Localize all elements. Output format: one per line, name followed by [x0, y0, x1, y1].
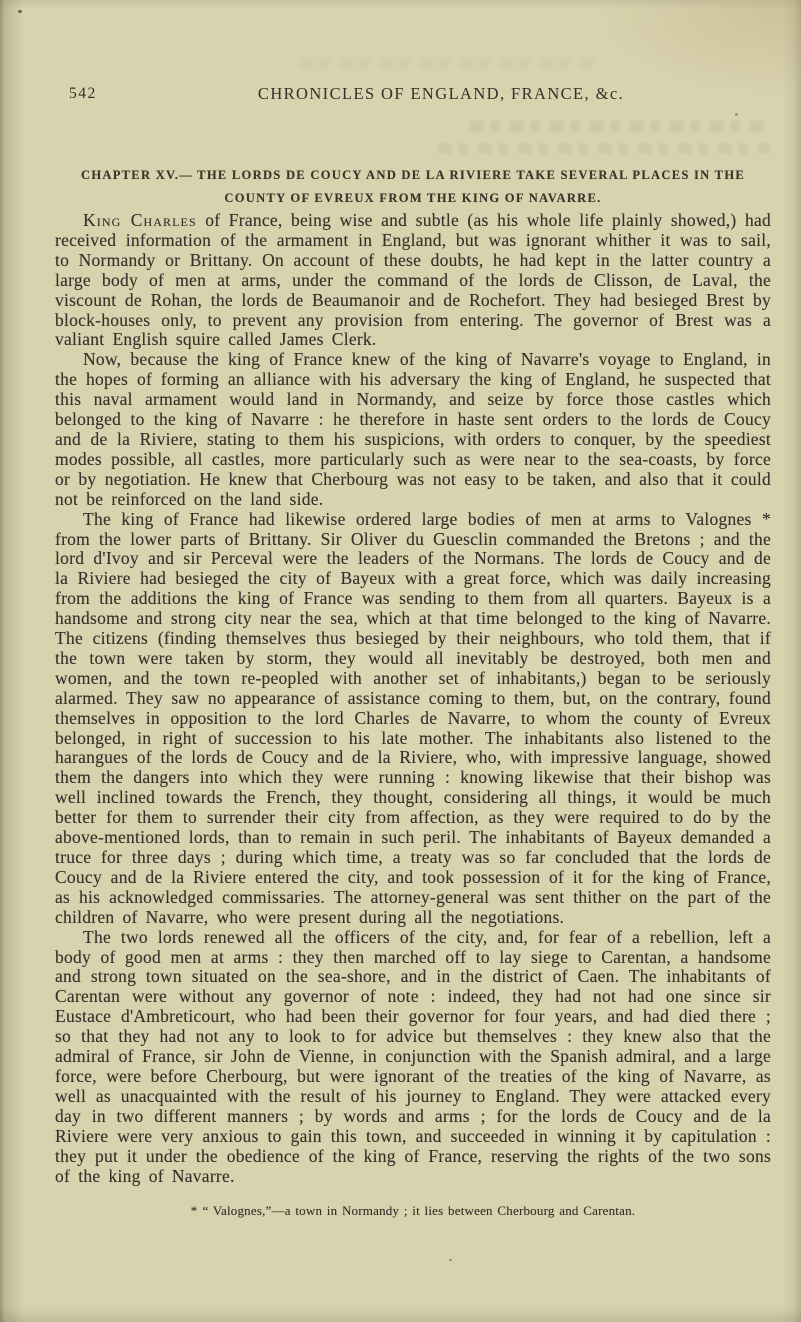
paragraph-1-lead: King Charles [83, 210, 197, 230]
page-showthrough [470, 121, 770, 132]
chapter-heading-line2: COUNTY OF EVREUX FROM THE KING OF NAVARR… [38, 187, 788, 210]
ink-speck [449, 1259, 452, 1261]
ink-speck [18, 10, 22, 13]
paragraph-4-text: The two lords renewed all the officers o… [55, 927, 771, 1186]
footnote: *“ Valognes,”—a town in Normandy ; it li… [55, 1203, 771, 1219]
book-page: 542 CHRONICLES OF ENGLAND, FRANCE, &c. C… [0, 0, 801, 1322]
paragraph-4: The two lords renewed all the officers o… [55, 928, 771, 1187]
paragraph-1: King Charles of France, being wise and s… [55, 211, 771, 350]
chapter-heading-line1: CHAPTER XV.— THE LORDS DE COUCY AND DE L… [38, 164, 788, 187]
footnote-marker: * [191, 1203, 198, 1218]
paragraph-3-text: The king of France had likewise ordered … [55, 509, 771, 927]
running-head: 542 CHRONICLES OF ENGLAND, FRANCE, &c. [55, 84, 771, 104]
page-showthrough [438, 143, 770, 154]
paragraph-2-text: Now, because the king of France knew of … [55, 349, 771, 508]
footnote-text: “ Valognes,”—a town in Normandy ; it lie… [202, 1203, 635, 1218]
paragraph-2: Now, because the king of France knew of … [55, 350, 771, 509]
chapter-heading: CHAPTER XV.— THE LORDS DE COUCY AND DE L… [38, 164, 788, 210]
page-showthrough [300, 58, 600, 69]
ink-speck [735, 113, 738, 116]
paragraph-3: The king of France had likewise ordered … [55, 510, 771, 928]
paragraph-1-text: of France, being wise and subtle (as his… [55, 210, 771, 349]
page-body: King Charles of France, being wise and s… [55, 211, 771, 1219]
running-title: CHRONICLES OF ENGLAND, FRANCE, &c. [83, 84, 799, 104]
